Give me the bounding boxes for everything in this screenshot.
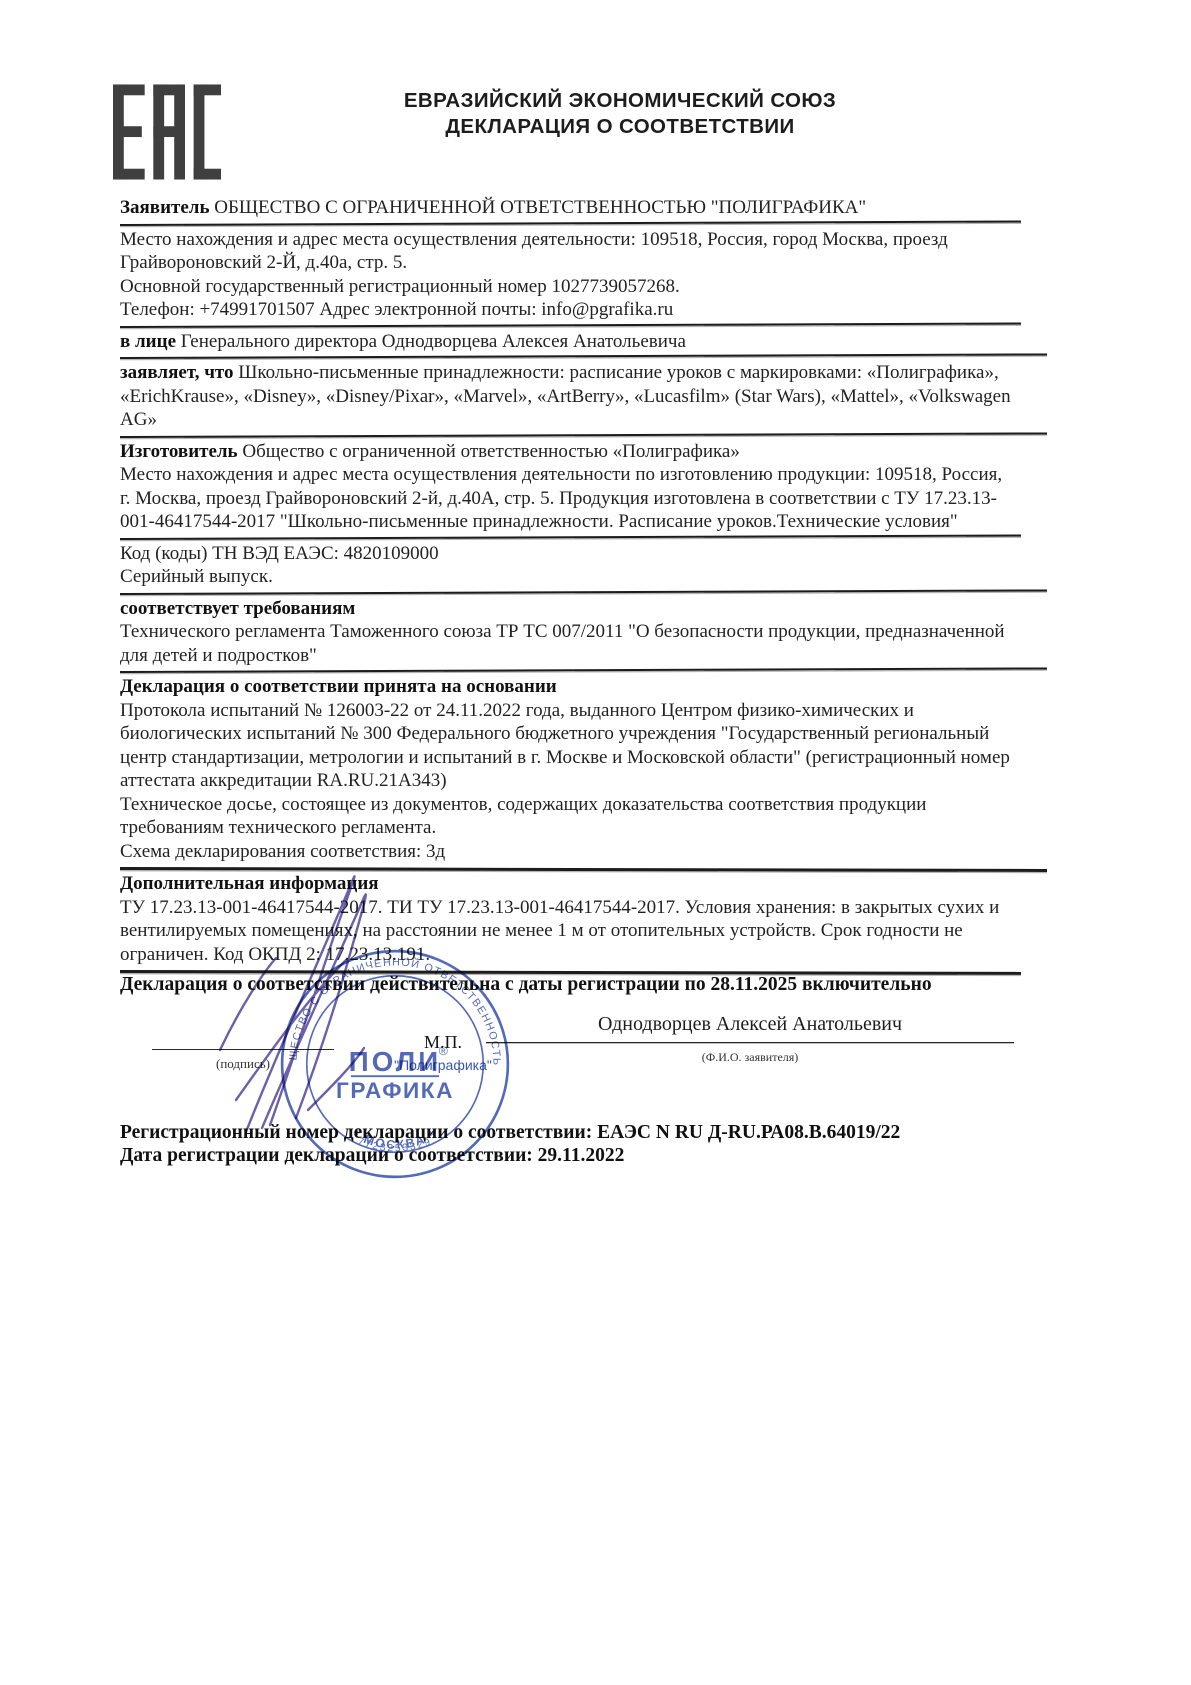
applicant-address: Место нахождения и адрес места осуществл… bbox=[120, 228, 1013, 275]
manufacturer-label: Изготовитель bbox=[120, 441, 238, 462]
basis-protocol: Протокола испытаний № 126003-22 от 24.11… bbox=[120, 699, 1013, 793]
eac-logo bbox=[113, 84, 221, 180]
basis-section: Декларация о соответствии принята на осн… bbox=[120, 673, 1013, 867]
compliance-section: соответствует требованиям Технического р… bbox=[120, 595, 1013, 672]
registration-date-value: 29.11.2022 bbox=[538, 1145, 625, 1166]
tn-ved-code: Код (коды) ТН ВЭД ЕАЭС: 4820109000 bbox=[120, 542, 1013, 566]
manufacturer-name: Общество с ограниченной ответственностью… bbox=[242, 441, 740, 462]
declarant-name-caption: (Ф.И.О. заявителя) bbox=[486, 1043, 1014, 1070]
registration-number-value: ЕАЭС N RU Д-RU.РА08.В.64019/22 bbox=[597, 1122, 900, 1143]
applicant-ogrn: Основной государственный регистрационный… bbox=[120, 275, 1013, 299]
declarant-name: Однодворцев Алексей Анатольевич bbox=[486, 1013, 1014, 1043]
declaration-document: ЕВРАЗИЙСКИЙ ЭКОНОМИЧЕСКИЙ СОЮЗ ДЕКЛАРАЦИ… bbox=[0, 0, 1191, 1685]
product-code-section: Код (коды) ТН ВЭД ЕАЭС: 4820109000 Серий… bbox=[120, 540, 1013, 593]
represented-by-section: в лице Генерального директора Однодворце… bbox=[120, 328, 1013, 358]
applicant-label: Заявитель bbox=[120, 197, 210, 218]
declares-label: заявляет, что bbox=[120, 362, 234, 383]
title-declaration: ДЕКЛАРАЦИЯ О СООТВЕТСТВИИ bbox=[385, 114, 855, 140]
compliance-text: Технического регламента Таможенного союз… bbox=[120, 620, 1013, 667]
applicant-name: ОБЩЕСТВО С ОГРАНИЧЕННОЙ ОТВЕТСТВЕННОСТЬЮ… bbox=[214, 197, 866, 218]
manufacturer-details: Место нахождения и адрес места осуществл… bbox=[120, 463, 1013, 534]
basis-heading: Декларация о соответствии принята на осн… bbox=[120, 675, 1013, 699]
title-union: ЕВРАЗИЙСКИЙ ЭКОНОМИЧЕСКИЙ СОЮЗ bbox=[385, 88, 855, 114]
represented-by-label: в лице bbox=[120, 331, 176, 352]
stamp-reg-mark: ® bbox=[439, 1044, 448, 1058]
declares-text: Школьно-письменные принадлежности: распи… bbox=[120, 362, 1011, 430]
applicant-details: Место нахождения и адрес места осуществл… bbox=[120, 226, 1013, 326]
handwritten-signature bbox=[196, 850, 428, 1150]
applicant-contacts: Телефон: +74991701507 Адрес электронной … bbox=[120, 298, 1013, 322]
declares-section: заявляет, что Школьно-письменные принадл… bbox=[120, 359, 1013, 436]
applicant-section: Заявитель ОБЩЕСТВО С ОГРАНИЧЕННОЙ ОТВЕТС… bbox=[120, 194, 1013, 224]
basis-dossier: Техническое досье, состоящее из документ… bbox=[120, 793, 1013, 840]
document-title: ЕВРАЗИЙСКИЙ ЭКОНОМИЧЕСКИЙ СОЮЗ ДЕКЛАРАЦИ… bbox=[385, 88, 855, 140]
declarant-block: Однодворцев Алексей Анатольевич (Ф.И.О. … bbox=[486, 1013, 1014, 1070]
manufacturer-section: Изготовитель Общество с ограниченной отв… bbox=[120, 438, 1013, 538]
release-type: Серийный выпуск. bbox=[120, 565, 1013, 589]
represented-by-text: Генерального директора Однодворцева Алек… bbox=[181, 331, 686, 352]
compliance-heading: соответствует требованиям bbox=[120, 597, 1013, 621]
